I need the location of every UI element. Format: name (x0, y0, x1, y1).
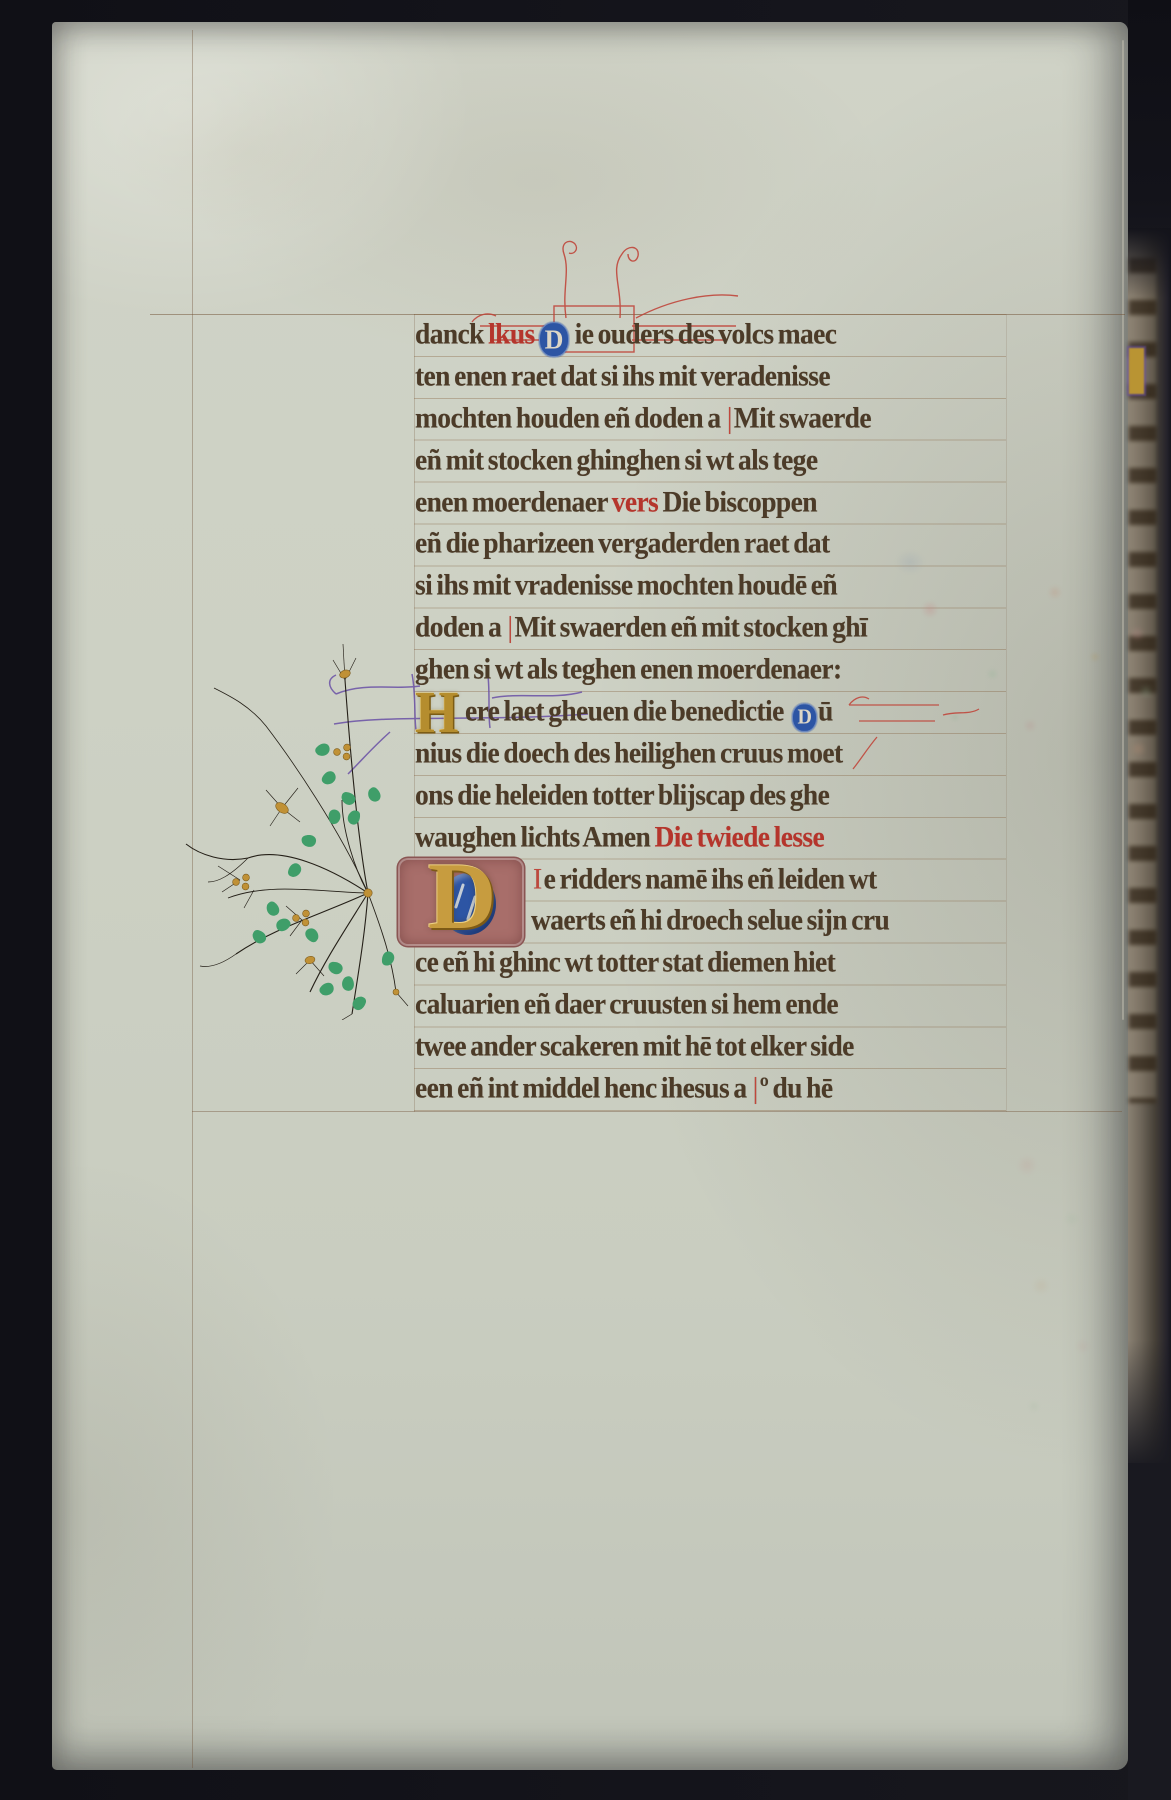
rubric-tick: | (753, 1071, 758, 1104)
manuscript-line: doden a |Mit swaerden eñ mit stocken ghī (415, 605, 955, 649)
manuscript-line: Here laet gheuen die benedictie Dū (415, 689, 955, 733)
text-run: twee ander scakeren mit hē tot elker sid… (415, 1029, 854, 1062)
rubric-tick: I (533, 861, 542, 894)
blue-penwork-initial: D (539, 322, 569, 357)
text-run: º du hē (760, 1071, 833, 1104)
text-run: caluarien eñ daer cruusten si hem ende (415, 987, 838, 1020)
verso-showthrough-lower (985, 1125, 1125, 1460)
facing-page-edge (1128, 228, 1171, 1463)
text-run: ere laet gheuen die benedictie (465, 694, 788, 727)
text-run: e ridders namē ihs eñ leiden wt (544, 861, 877, 894)
manuscript-line: ten enen raet dat si ihs mit veradenisse (415, 353, 955, 397)
facing-page-gold-initial (1129, 348, 1144, 394)
text-run: ons die heleiden totter blijscap des ghe (415, 778, 829, 811)
parchment-stain (112, 67, 412, 257)
text-run: ū (818, 694, 833, 727)
facing-page-strip (1128, 0, 1171, 1800)
text-run: mochten houden eñ doden a (415, 401, 725, 434)
manuscript-line: danck lkusDie ouders des volcs maec (415, 311, 955, 355)
manuscript-line: enen moerdenaer vers Die biscoppen (415, 479, 955, 523)
text-block: danck lkusDie ouders des volcs maecten e… (415, 314, 955, 1110)
manuscript-line: ghen si wt als teghen enen moerdenaer: (415, 647, 955, 691)
rubric-tick: | (727, 401, 732, 434)
facing-page-decoration (1128, 588, 1158, 818)
manuscript-line: si ihs mit vradenisse mochten houdē eñ (415, 563, 955, 607)
text-run: Mit swaerde (734, 401, 871, 434)
page-fore-edge-highlight (1122, 40, 1124, 1020)
rubric-tick: | (508, 610, 513, 643)
text-run: ghen si wt als teghen enen moerdenaer: (415, 652, 842, 685)
text-run: danck (415, 317, 488, 350)
text-run: een eñ int middel henc ihesus a (415, 1071, 751, 1104)
rubric-run: lkus (488, 317, 535, 350)
floral-border-spray (170, 630, 450, 1020)
text-run: nius die doech des heilighen cruus moet (415, 736, 843, 769)
manuscript-line: ce eñ hi ghinc wt totter stat diemen hie… (415, 940, 955, 984)
rubric-run: vers (612, 484, 663, 517)
text-run: si ihs mit vradenisse mochten houdē eñ (415, 568, 837, 601)
text-run: eñ die pharizeen vergaderden raet dat (415, 526, 830, 559)
text-run: enen moerdenaer (415, 484, 612, 517)
text-run: Die biscoppen (662, 484, 816, 517)
gutter-shadow-top (1128, 228, 1171, 298)
manuscript-photo: danck lkusDie ouders des volcs maecten e… (0, 0, 1171, 1800)
manuscript-line: caluarien eñ daer cruusten si hem ende (415, 982, 955, 1026)
text-run: ten enen raet dat si ihs mit veradenisse (415, 359, 830, 392)
text-run: Mit swaerden eñ mit stocken ghī (514, 610, 867, 643)
text-run: ce eñ hi ghinc wt totter stat diemen hie… (415, 945, 835, 978)
manuscript-line: nius die doech des heilighen cruus moet (415, 730, 955, 774)
manuscript-line: twee ander scakeren mit hē tot elker sid… (415, 1024, 955, 1068)
text-run: ie ouders des volcs maec (575, 317, 837, 350)
manuscript-line: eñ mit stocken ghinghen si wt als tege (415, 437, 955, 481)
manuscript-line: ons die heleiden totter blijscap des ghe (415, 772, 955, 816)
text-run: eñ mit stocken ghinghen si wt als tege (415, 442, 817, 475)
manuscript-line: mochten houden eñ doden a |Mit swaerde (415, 395, 955, 439)
manuscript-line: een eñ int middel henc ihesus a |º du hē (415, 1066, 955, 1110)
rubric-run: Die twiede lesse (654, 819, 824, 852)
text-run: waerts eñ hi droech selue sijn cru (531, 903, 889, 936)
manuscript-line: eñ die pharizeen vergaderden raet dat (415, 521, 955, 565)
gutter-shadow-bottom (1128, 1340, 1171, 1470)
blue-penwork-initial-small: D (792, 703, 817, 732)
